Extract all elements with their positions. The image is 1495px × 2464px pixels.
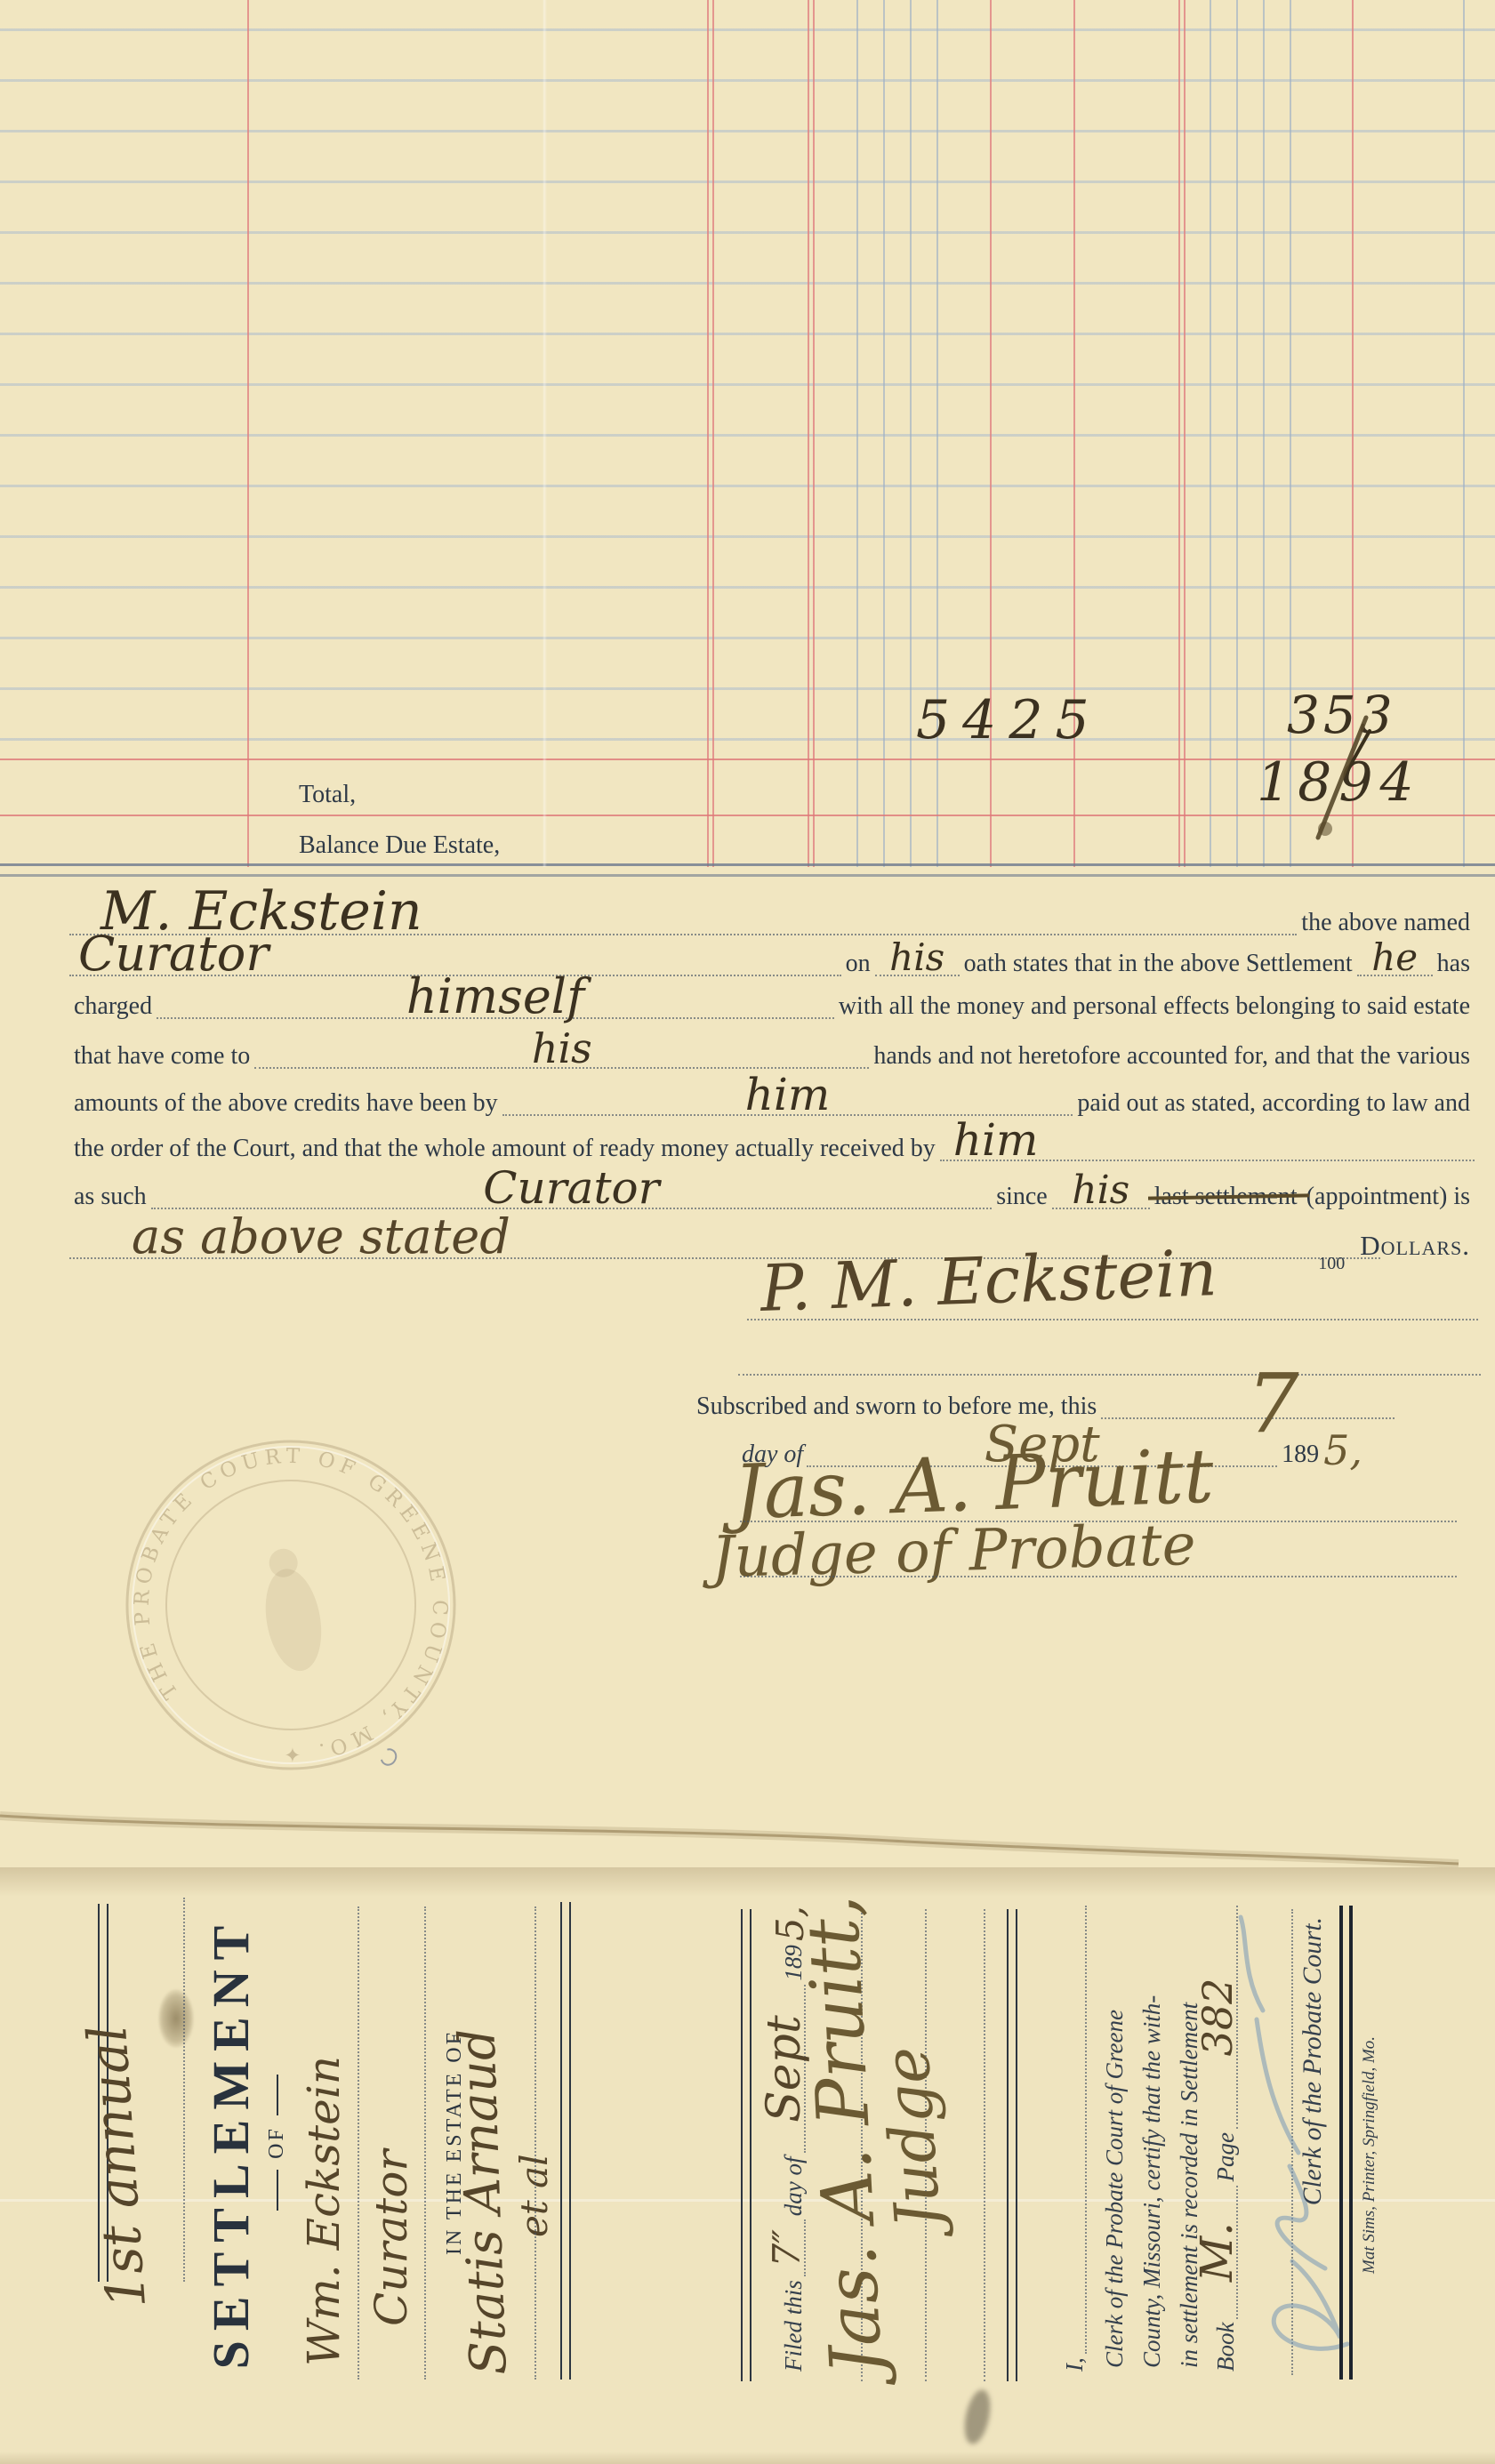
of-label: OF (265, 2126, 288, 2159)
fold-shade (0, 1867, 1495, 1897)
docket-of-row: OF (265, 1904, 289, 2381)
pronoun-blank: him (940, 1122, 1475, 1161)
docket-judge-signature: Jas. A. Pruitt, (804, 1894, 886, 2376)
affidavit-line-1: M. Eckstein the above named (69, 891, 1475, 935)
print-on: on (841, 951, 875, 976)
affidavit-line-6: the order of the Court, and that the who… (69, 1117, 1475, 1161)
print-amounts: amounts of the above credits have been b… (69, 1091, 502, 1116)
print-paid-out: paid out as stated, according to law and (1073, 1091, 1475, 1116)
print-has: has (1433, 951, 1475, 976)
pronoun-blank: his (254, 1032, 869, 1069)
handwritten-as-above-stated: as above stated (132, 1217, 510, 1256)
handwritten-he: he (1371, 943, 1418, 973)
docket-section-rule (1007, 1909, 1017, 2381)
docket-handwritten-role: Curator (374, 2150, 409, 2326)
affidavit-line-7: as such Curator since his last settlemen… (69, 1165, 1475, 1209)
judge-signature: Jas. A. Pruitt (733, 1447, 1215, 1523)
print-come-to: that have come to (69, 1044, 254, 1069)
ink-blot (158, 1989, 194, 2048)
print-oath: oath states that in the above Settlement (960, 951, 1357, 976)
document-scan: Total, Balance Due Estate, 5425 353 1894… (0, 0, 1495, 2464)
handwritten-settlement-number: 1st annual (86, 2024, 149, 2309)
handwritten-year-digit: 5, (1323, 1434, 1362, 1467)
handwritten-his: his (1072, 1175, 1129, 1206)
cert-i-label: I, (1063, 2354, 1087, 2375)
clerk-name-blank (1069, 1906, 1087, 2354)
pronoun-blank: his (1052, 1175, 1150, 1209)
printer-credit: Mat Sims, Printer, Springfield, Mo. (1361, 2033, 1378, 2277)
himself-blank: himself (157, 977, 834, 1019)
print-with-all: with all the money and personal effects … (834, 994, 1475, 1019)
print-last-settlement-struck: last settlement (1150, 1184, 1302, 1209)
print-hands: hands and not heretofore accounted for, … (869, 1044, 1475, 1069)
docket-section-rule (560, 1902, 571, 2380)
handwritten-himself: himself (406, 977, 584, 1015)
balance-due-label: Balance Due Estate, (299, 831, 500, 860)
dash-rule (277, 2075, 278, 2115)
docket-heavy-rule (1339, 1906, 1353, 2380)
handwritten-filed-day: 7″ (772, 2229, 802, 2267)
affiant-signature: P. M. Eckstein (760, 1248, 1218, 1314)
dash-rule (277, 2170, 278, 2211)
handwritten-his: his (889, 943, 944, 973)
dotted-rule (183, 1898, 185, 2282)
docket-title: SETTLEMENT (201, 1904, 261, 2381)
docket-handwritten-estate: Statis Arnaud (458, 2028, 510, 2376)
signature-rule (740, 1576, 1457, 1577)
total-label: Total, (299, 781, 356, 809)
handwritten-his: his (532, 1032, 592, 1065)
pronoun-blank: his (875, 943, 960, 976)
print-year: 189 (1277, 1442, 1323, 1467)
docket-judge-word: Judge (881, 2045, 944, 2230)
print-since: since (992, 1184, 1052, 1209)
dotted-rule (358, 1906, 359, 2380)
handwritten-role: Curator (78, 935, 269, 973)
handwritten-him: him (745, 1077, 831, 1112)
handwritten-him: him (953, 1122, 1039, 1158)
page-edge-shade (0, 2452, 1495, 2464)
print-dollars: Dollars. (1355, 1232, 1475, 1259)
filed-this-label: Filed this (782, 2276, 806, 2375)
cert-text-1: Clerk of the Probate Court of Greene (1103, 2006, 1127, 2372)
print-as-such: as such (69, 1184, 151, 1209)
affidavit-line-3: charged himself with all the money and p… (69, 975, 1475, 1019)
handwritten-role: Curator (483, 1170, 659, 1206)
docket-section-rule (741, 1909, 752, 2381)
dotted-rule (984, 1909, 985, 2381)
docket-rotated-content: 1st annual SETTLEMENT OF Wm. Eckstein Cu… (0, 1867, 1495, 2464)
cert-text-2: County, Missouri, certify that the with- (1140, 1992, 1164, 2372)
pronoun-blank: he (1357, 943, 1433, 976)
docket-handwritten-name: Wm. Eckstein (306, 2056, 342, 2366)
blank-rule (738, 1374, 1481, 1376)
filed-day-blank: 7″ (772, 2219, 806, 2276)
judge-title-handwritten: Judge of Probate (711, 1523, 1196, 1581)
embossed-court-seal: THE PROBATE COURT OF GREENE COUNTY, MO. … (124, 1438, 458, 1772)
cert-line-i: I, (1062, 1906, 1087, 2375)
dotted-rule (424, 1906, 426, 2380)
print-charged: charged (69, 994, 157, 1019)
affidavit-line-4: that have come to his hands and not here… (69, 1024, 1475, 1069)
print-appointment: (appointment) is (1302, 1184, 1475, 1209)
ink-slash-marks (1245, 676, 1495, 889)
clerk-of-court-label: Clerk of the Probate Court. (1300, 1914, 1327, 2464)
fold-crease (0, 1792, 1495, 1872)
day-of-label: day of (782, 2154, 806, 2220)
affidavit-line-2: Curator on his oath states that in the a… (69, 932, 1475, 976)
pronoun-blank: him (502, 1077, 1073, 1116)
handwritten-amount-total: 5425 (916, 699, 1102, 742)
cents-denominator: 100 (1318, 1254, 1345, 1274)
affidavit-line-5: amounts of the above credits have been b… (69, 1071, 1475, 1116)
pencil-smudge (960, 2388, 994, 2446)
print-order: the order of the Court, and that the who… (69, 1136, 940, 1161)
docket-panel: 1st annual SETTLEMENT OF Wm. Eckstein Cu… (0, 1867, 1495, 2464)
role-blank: Curator (151, 1170, 993, 1209)
dotted-rule (535, 1906, 536, 2380)
